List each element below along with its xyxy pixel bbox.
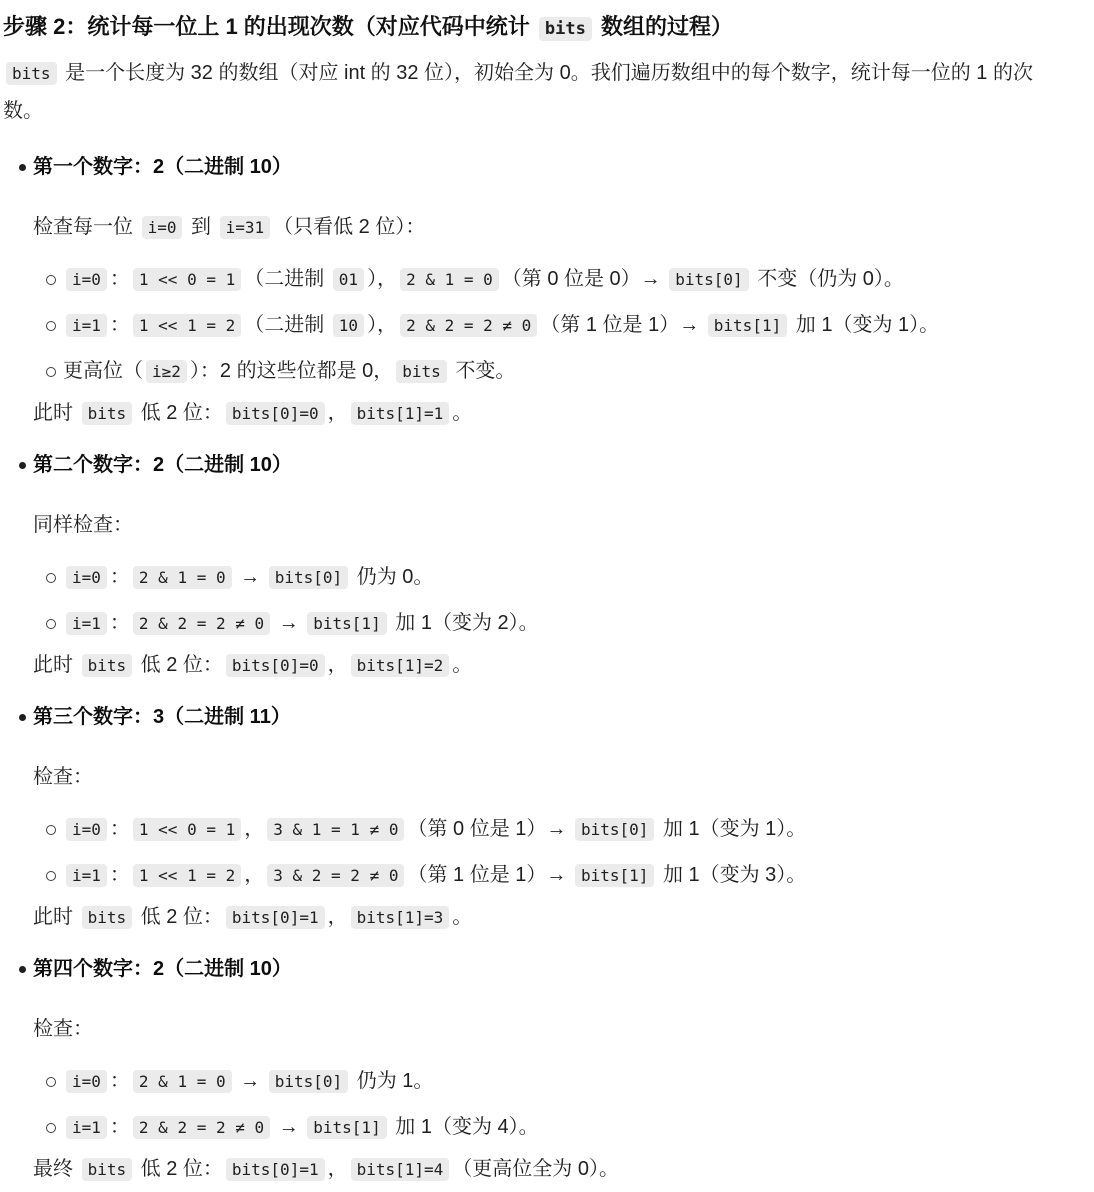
step-heading: 步骤 2：统计每一位上 1 的出现次数（对应代码中统计 bits 数组的过程）: [3, 12, 1072, 42]
text-run: （二进制: [244, 268, 330, 290]
text-run: ，: [328, 1158, 348, 1180]
text-run: 第一个数字：2（二进制 10）: [33, 156, 292, 178]
item-closing: 此时 bits 低 2 位：bits[0]=0，bits[1]=1。: [33, 394, 1072, 432]
bullet-icon: [19, 714, 26, 721]
item-closing: 此时 bits 低 2 位：bits[0]=1，bits[1]=3。: [33, 898, 1072, 936]
text-run: ：: [110, 1070, 130, 1092]
text-run: ，: [328, 402, 348, 424]
inline-code: 10: [333, 314, 364, 337]
sub-list-item: i=1：1 << 1 = 2（二进制 10），2 & 2 = 2 ≠ 0（第 1…: [33, 306, 1072, 344]
inline-code: bits[1]: [708, 314, 787, 337]
text-run: 此时: [33, 654, 79, 676]
inline-code: bits[1]=3: [351, 906, 450, 929]
inline-code: 1 << 0 = 1: [133, 818, 241, 841]
sub-list-item: i=1：2 & 2 = 2 ≠ 0 → bits[1] 加 1（变为 4）。: [33, 1108, 1072, 1146]
inline-code: i=0: [66, 818, 107, 841]
inline-code: bits: [82, 1158, 133, 1181]
inline-code: bits[0]: [269, 566, 348, 589]
sub-list: i=0：1 << 0 = 1（二进制 01），2 & 1 = 0（第 0 位是 …: [33, 260, 1072, 390]
text-run: 加 1（变为 2）。: [390, 612, 539, 634]
inline-code: i=1: [66, 314, 107, 337]
inline-code: i=31: [220, 216, 271, 239]
text-run: 加 1（变为 3）。: [657, 864, 806, 886]
text-run: ）：2 的这些位都是 0，: [190, 360, 393, 382]
item-closing: 最终 bits 低 2 位：bits[0]=1，bits[1]=4（更高位全为 …: [33, 1150, 1072, 1188]
text-run: 步骤 2：统计每一位上 1 的出现次数（对应代码中统计: [3, 14, 536, 39]
markdown-document: 步骤 2：统计每一位上 1 的出现次数（对应代码中统计 bits 数组的过程） …: [0, 0, 1094, 1192]
text-run: ：: [110, 612, 130, 634]
inline-code: bits[0]: [269, 1070, 348, 1093]
text-run: 到: [185, 216, 216, 238]
list-item: 第三个数字：3（二进制 11）检查：i=0：1 << 0 = 1，3 & 1 =…: [3, 698, 1072, 936]
item-closing: 此时 bits 低 2 位：bits[0]=0，bits[1]=2。: [33, 646, 1072, 684]
inline-code: i=0: [142, 216, 183, 239]
inline-code: 2 & 2 = 2 ≠ 0: [133, 1116, 270, 1139]
circle-bullet-icon: [46, 573, 56, 583]
text-run: ：: [110, 864, 130, 886]
inline-code: bits[1]=2: [351, 654, 450, 677]
text-run: 第四个数字：2（二进制 10）: [33, 958, 292, 980]
inline-code: bits[0]: [575, 818, 654, 841]
sub-list: i=0：2 & 1 = 0 → bits[0] 仍为 1。i=1：2 & 2 =…: [33, 1062, 1072, 1146]
item-title-text: 第一个数字：2（二进制 10）: [33, 156, 292, 178]
circle-bullet-icon: [46, 871, 56, 881]
inline-code: bits[1]: [307, 612, 386, 635]
sub-list-item: i=0：1 << 0 = 1（二进制 01），2 & 1 = 0（第 0 位是 …: [33, 260, 1072, 298]
item-lead: 检查每一位 i=0 到 i=31（只看低 2 位）：: [33, 208, 1072, 246]
sub-list-item: i=0：2 & 1 = 0 → bits[0] 仍为 1。: [33, 1062, 1072, 1100]
inline-code: bits: [82, 906, 133, 929]
inline-code: bits: [82, 654, 133, 677]
text-run: 低 2 位：: [135, 402, 223, 424]
item-title: 第一个数字：2（二进制 10）: [33, 148, 1072, 186]
item-title-text: 第二个数字：2（二进制 10）: [33, 454, 292, 476]
text-run: 加 1（变为 1）。: [657, 818, 806, 840]
text-run: 检查：: [33, 766, 93, 788]
item-title: 第三个数字：3（二进制 11）: [33, 698, 1072, 736]
text-run: （第 1 位是 1）→: [407, 864, 571, 886]
inline-code: bits[1]=4: [351, 1158, 450, 1181]
text-run: 。: [452, 906, 472, 928]
sub-list-item: 更高位（i≥2）：2 的这些位都是 0，bits 不变。: [33, 352, 1072, 390]
text-run: （二进制: [244, 314, 330, 336]
text-run: 低 2 位：: [135, 1158, 223, 1180]
inline-code: 2 & 1 = 0: [133, 566, 232, 589]
text-run: 检查：: [33, 1018, 93, 1040]
inline-code: bits: [539, 17, 592, 41]
inline-code: bits[0]=0: [226, 402, 325, 425]
text-run: 此时: [33, 402, 79, 424]
inline-code: bits[1]: [307, 1116, 386, 1139]
sub-list-item: i=0：2 & 1 = 0 → bits[0] 仍为 0。: [33, 558, 1072, 596]
text-run: 加 1（变为 4）。: [390, 1116, 539, 1138]
item-title-text: 第三个数字：3（二进制 11）: [33, 706, 291, 728]
sub-list: i=0：2 & 1 = 0 → bits[0] 仍为 0。i=1：2 & 2 =…: [33, 558, 1072, 642]
inline-code: 2 & 1 = 0: [400, 268, 499, 291]
intro-paragraph: bits 是一个长度为 32 的数组（对应 int 的 32 位），初始全为 0…: [3, 54, 1072, 130]
sub-list-item: i=1：1 << 1 = 2，3 & 2 = 2 ≠ 0（第 1 位是 1）→ …: [33, 856, 1072, 894]
text-run: 是一个长度为 32 的数组（对应 int 的 32 位），初始全为 0。我们遍历…: [3, 62, 1033, 122]
circle-bullet-icon: [46, 367, 56, 377]
text-run: →: [235, 1070, 266, 1092]
circle-bullet-icon: [46, 1077, 56, 1087]
text-run: （第 0 位是 1）→: [407, 818, 571, 840]
text-run: 最终: [33, 1158, 79, 1180]
bullet-icon: [19, 164, 26, 171]
text-run: 数组的过程）: [595, 14, 733, 39]
text-run: 不变（仍为 0）。: [752, 268, 904, 290]
text-run: 低 2 位：: [135, 654, 223, 676]
inline-code: bits: [6, 62, 57, 85]
inline-code: bits: [396, 360, 447, 383]
text-run: ：: [110, 818, 130, 840]
inline-code: bits: [82, 402, 133, 425]
item-title-text: 第四个数字：2（二进制 10）: [33, 958, 292, 980]
list-item: 第四个数字：2（二进制 10）检查：i=0：2 & 1 = 0 → bits[0…: [3, 950, 1072, 1188]
inline-code: 1 << 0 = 1: [133, 268, 241, 291]
text-run: 此时: [33, 906, 79, 928]
text-run: 。: [452, 654, 472, 676]
text-run: ，: [244, 818, 264, 840]
sub-list-item: i=0：1 << 0 = 1，3 & 1 = 1 ≠ 0（第 0 位是 1）→ …: [33, 810, 1072, 848]
text-run: （第 0 位是 0）→: [502, 268, 666, 290]
inline-code: 2 & 2 = 2 ≠ 0: [133, 612, 270, 635]
inline-code: bits[0]=1: [226, 906, 325, 929]
text-run: ：: [110, 1116, 130, 1138]
text-run: （只看低 2 位）：: [273, 216, 425, 238]
text-run: 检查每一位: [33, 216, 139, 238]
inline-code: 1 << 1 = 2: [133, 864, 241, 887]
text-run: 第三个数字：3（二进制 11）: [33, 706, 291, 728]
inline-code: 3 & 2 = 2 ≠ 0: [267, 864, 404, 887]
item-title: 第二个数字：2（二进制 10）: [33, 446, 1072, 484]
text-run: ，: [244, 864, 264, 886]
circle-bullet-icon: [46, 321, 56, 331]
item-lead: 检查：: [33, 758, 1072, 796]
list-item: 第一个数字：2（二进制 10）检查每一位 i=0 到 i=31（只看低 2 位）…: [3, 148, 1072, 432]
list-item: 第二个数字：2（二进制 10）同样检查：i=0：2 & 1 = 0 → bits…: [3, 446, 1072, 684]
text-run: ），: [367, 314, 397, 336]
inline-code: 2 & 1 = 0: [133, 1070, 232, 1093]
text-run: 仍为 1。: [351, 1070, 433, 1092]
inline-code: bits[0]=0: [226, 654, 325, 677]
inline-code: 3 & 1 = 1 ≠ 0: [267, 818, 404, 841]
inline-code: i=0: [66, 268, 107, 291]
sub-list: i=0：1 << 0 = 1，3 & 1 = 1 ≠ 0（第 0 位是 1）→ …: [33, 810, 1072, 894]
circle-bullet-icon: [46, 275, 56, 285]
inline-code: i=0: [66, 1070, 107, 1093]
inline-code: 2 & 2 = 2 ≠ 0: [400, 314, 537, 337]
inline-code: 1 << 1 = 2: [133, 314, 241, 337]
inline-code: i=1: [66, 864, 107, 887]
text-run: →: [273, 1116, 304, 1138]
text-run: 第二个数字：2（二进制 10）: [33, 454, 292, 476]
item-title: 第四个数字：2（二进制 10）: [33, 950, 1072, 988]
text-run: ，: [328, 906, 348, 928]
inline-code: i=1: [66, 1116, 107, 1139]
sub-list-item: i=1：2 & 2 = 2 ≠ 0 → bits[1] 加 1（变为 2）。: [33, 604, 1072, 642]
text-run: 同样检查：: [33, 514, 133, 536]
inline-code: 01: [333, 268, 364, 291]
text-run: 不变。: [450, 360, 516, 382]
item-lead: 同样检查：: [33, 506, 1072, 544]
text-run: （第 1 位是 1）→: [540, 314, 704, 336]
text-run: 。: [452, 402, 472, 424]
inline-code: bits[1]=1: [351, 402, 450, 425]
text-run: 更高位（: [63, 360, 143, 382]
inline-code: bits[0]: [669, 268, 748, 291]
text-run: 仍为 0。: [351, 566, 433, 588]
inline-code: i=1: [66, 612, 107, 635]
inline-code: i=0: [66, 566, 107, 589]
bullet-icon: [19, 462, 26, 469]
inline-code: bits[0]=1: [226, 1158, 325, 1181]
numbers-list: 第一个数字：2（二进制 10）检查每一位 i=0 到 i=31（只看低 2 位）…: [3, 148, 1072, 1188]
text-run: （更高位全为 0）。: [452, 1158, 619, 1180]
text-run: ：: [110, 314, 130, 336]
text-run: →: [273, 612, 304, 634]
inline-code: bits[1]: [575, 864, 654, 887]
text-run: 加 1（变为 1）。: [790, 314, 939, 336]
item-lead: 检查：: [33, 1010, 1072, 1048]
circle-bullet-icon: [46, 1123, 56, 1133]
circle-bullet-icon: [46, 619, 56, 629]
text-run: ：: [110, 268, 130, 290]
text-run: 低 2 位：: [135, 906, 223, 928]
text-run: ），: [367, 268, 397, 290]
text-run: ，: [328, 654, 348, 676]
bullet-icon: [19, 966, 26, 973]
circle-bullet-icon: [46, 825, 56, 835]
text-run: ：: [110, 566, 130, 588]
text-run: →: [235, 566, 266, 588]
inline-code: i≥2: [146, 360, 187, 383]
